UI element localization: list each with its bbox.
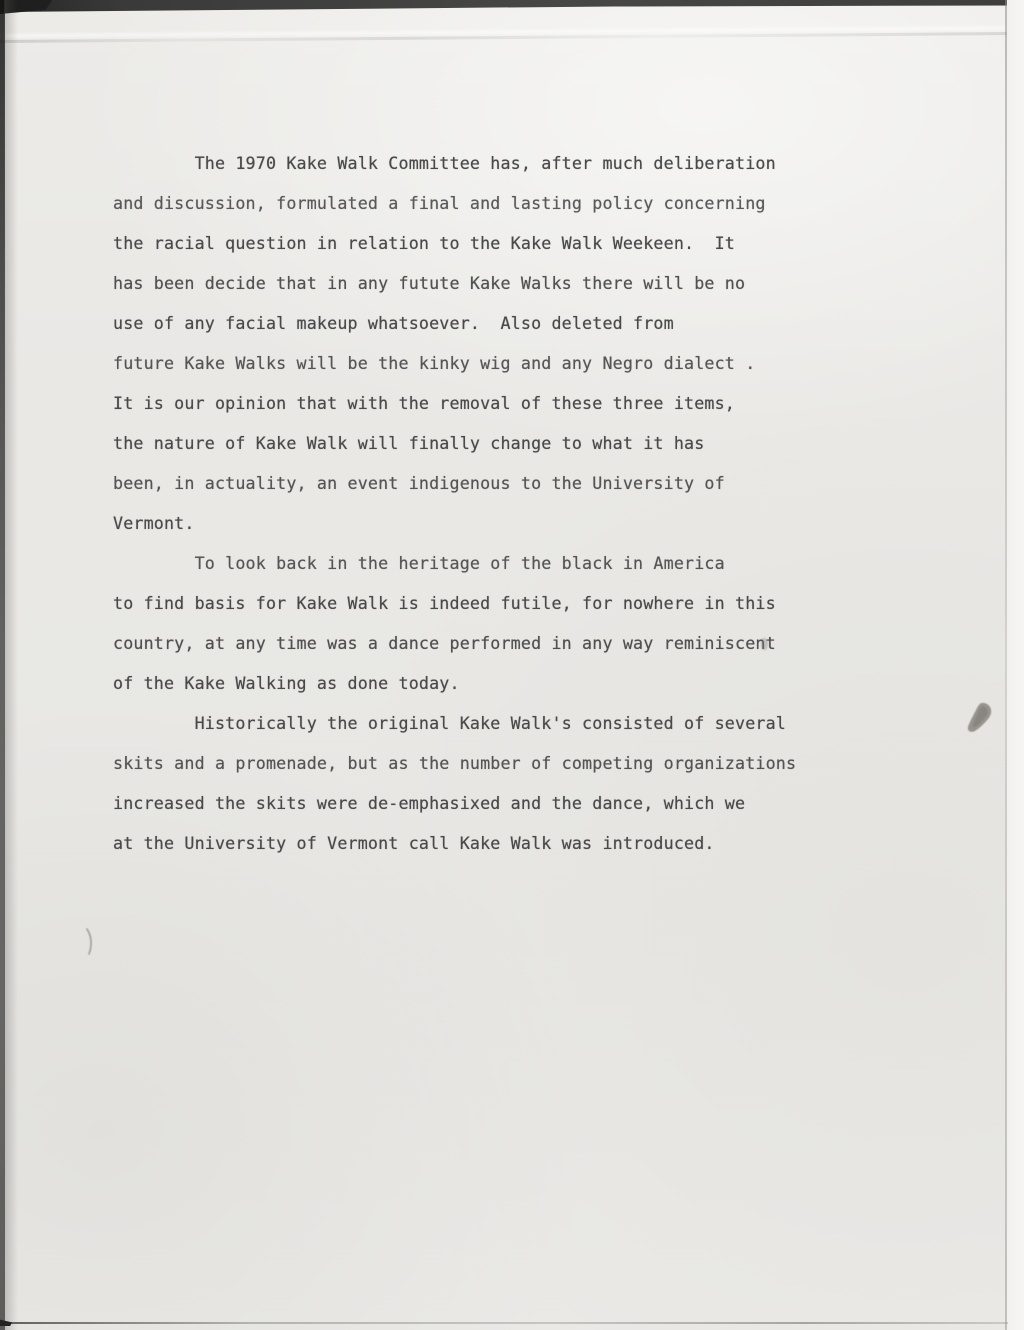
text-line: future Kake Walks will be the kinky wig … bbox=[113, 343, 853, 383]
pen-stroke-mark bbox=[84, 928, 96, 956]
text-line: of the Kake Walking as done today. bbox=[113, 663, 853, 703]
text-line: Historically the original Kake Walk's co… bbox=[113, 703, 853, 743]
text-line: the racial question in relation to the K… bbox=[113, 223, 853, 263]
text-line: Vermont. bbox=[113, 503, 853, 543]
typed-text-block: The 1970 Kake Walk Committee has, after … bbox=[113, 143, 853, 863]
text-line: use of any facial makeup whatsoever. Als… bbox=[113, 303, 853, 343]
scan-edge-left-shadow bbox=[4, 0, 18, 1330]
scan-background-right bbox=[1007, 0, 1024, 1330]
text-line: It is our opinion that with the removal … bbox=[113, 383, 853, 423]
text-line: increased the skits were de-emphasixed a… bbox=[113, 783, 853, 823]
text-line: to find basis for Kake Walk is indeed fu… bbox=[113, 583, 853, 623]
text-line: the nature of Kake Walk will finally cha… bbox=[113, 423, 853, 463]
paper-edge-bottom bbox=[0, 1322, 1008, 1324]
ghost-impression-mark bbox=[761, 638, 768, 650]
text-line: been, in actuality, an event indigenous … bbox=[113, 463, 853, 503]
text-line: and discussion, formulated a final and l… bbox=[113, 183, 853, 223]
text-line: The 1970 Kake Walk Committee has, after … bbox=[113, 143, 853, 183]
text-line: has been decide that in any futute Kake … bbox=[113, 263, 853, 303]
ink-blot-mark bbox=[962, 700, 996, 740]
text-line: skits and a promenade, but as the number… bbox=[113, 743, 853, 783]
text-line: country, at any time was a dance perform… bbox=[113, 623, 853, 663]
scanned-document-page: { "doc": { "lines": [ " The 1970 Kake Wa… bbox=[0, 0, 1024, 1330]
paper-edge-right bbox=[1005, 0, 1007, 1330]
text-line: at the University of Vermont call Kake W… bbox=[113, 823, 853, 863]
text-line: To look back in the heritage of the blac… bbox=[113, 543, 853, 583]
